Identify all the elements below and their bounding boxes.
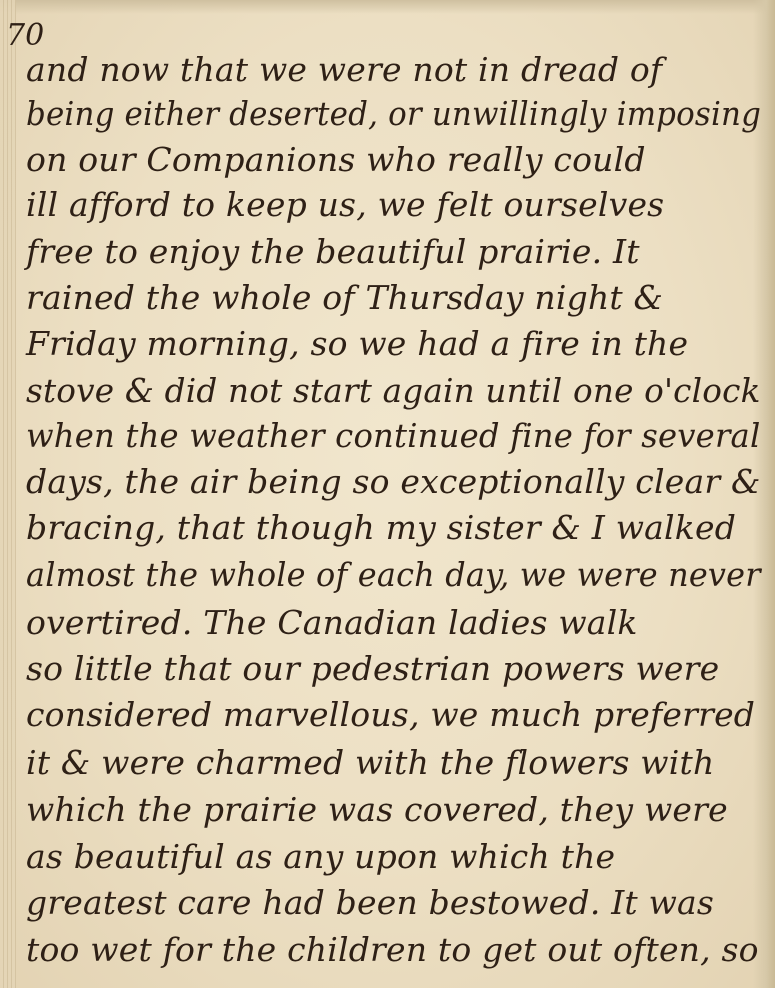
text-line: and now that we were not in dread of [26,50,662,90]
text-line: overtired. The Canadian ladies walk [26,603,638,643]
page-top-shadow [0,0,775,14]
text-line: on our Companions who really could [26,140,646,180]
text-line: almost the whole of each day, we were ne… [26,555,761,595]
text-line: which the prairie was covered, they were [26,790,728,830]
text-line: free to enjoy the beautiful prairie. It [26,232,640,272]
text-line: Friday morning, so we had a fire in the [26,324,688,364]
text-line: it & were charmed with the flowers with [26,743,714,783]
text-line: too wet for the children to get out ofte… [26,930,759,970]
text-line: being either deserted, or unwillingly im… [26,94,761,134]
text-line: considered marvellous, we much preferred [26,695,755,735]
manuscript-page: 70 and now that we were not in dread of … [0,0,775,988]
text-line: bracing, that though my sister & I walke… [26,508,736,548]
page-stack-edges [0,0,16,988]
text-line: so little that our pedestrian powers wer… [26,649,719,689]
text-line: stove & did not start again until one o'… [26,371,761,411]
page-number: 70 [6,18,44,53]
text-line: days, the air being so exceptionally cle… [26,462,761,502]
text-line: ill afford to keep us, we felt ourselves [26,185,664,225]
text-line: as beautiful as any upon which the [26,837,615,877]
text-line: rained the whole of Thursday night & [26,278,663,318]
text-line: when the weather continued fine for seve… [26,416,760,456]
text-line: greatest care had been bestowed. It was [26,883,714,923]
